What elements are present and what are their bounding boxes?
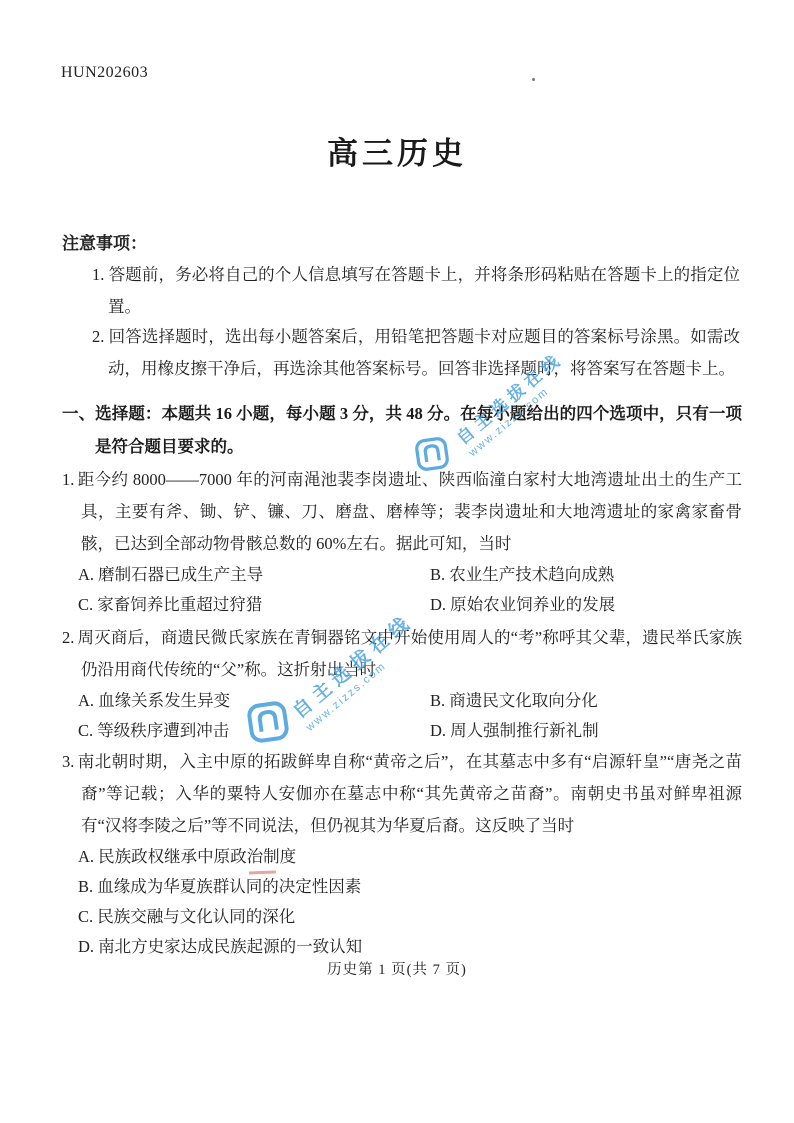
exam-page: HUN202603 高三历史 注意事项： 1. 答题前，务必将自己的个人信息填写…: [0, 0, 794, 1123]
notice-item-2: 2. 回答选择题时，选出每小题答案后，用铅笔把答题卡对应题目的答案标号涂黑。如需…: [62, 321, 740, 385]
scan-dot-artifact: [532, 78, 535, 81]
question-2-option-c: C. 等级秩序遭到冲击: [78, 716, 430, 746]
question-3-stem: 南北朝时期，入主中原的拓跋鲜卑自称“黄帝之后”，在其墓志中多有“启源轩皇”“唐尧…: [77, 752, 742, 835]
page-footer: 历史第 1 页(共 7 页): [0, 958, 794, 979]
notices-heading: 注意事项：: [62, 229, 147, 254]
question-3-option-a: A. 民族政权继承中原政治制度: [78, 842, 742, 872]
notice-item-1: 1. 答题前，务必将自己的个人信息填写在答题卡上，并将条形码粘贴在答题卡上的指定…: [62, 259, 740, 323]
question-3: 3.南北朝时期，入主中原的拓跋鲜卑自称“黄帝之后”，在其墓志中多有“启源轩皇”“…: [62, 746, 742, 962]
question-1-option-b: B. 农业生产技术趋向成熟: [430, 560, 742, 590]
question-2-options: A. 血缘关系发生异变 B. 商遗民文化取向分化 C. 等级秩序遭到冲击 D. …: [78, 686, 742, 746]
question-1-option-c: C. 家畜饲养比重超过狩猎: [78, 590, 430, 620]
question-3-option-c: C. 民族交融与文化认同的深化: [78, 902, 742, 932]
question-2-option-d: D. 周人强制推行新礼制: [430, 716, 742, 746]
page-title: 高三历史: [0, 128, 794, 173]
question-3-options: A. 民族政权继承中原政治制度 B. 血缘成为华夏族群认同的决定性因素 C. 民…: [78, 842, 742, 962]
question-3-option-b: B. 血缘成为华夏族群认同的决定性因素: [78, 872, 742, 902]
question-2-option-a: A. 血缘关系发生异变: [78, 686, 430, 716]
question-1-option-a: A. 磨制石器已成生产主导: [78, 560, 430, 590]
question-1-stem: 距今约 8000——7000 年的河南渑池裴李岗遗址、陕西临潼白家村大地湾遗址出…: [77, 470, 742, 553]
section-one-heading: 一、选择题：本题共 16 小题，每小题 3 分，共 48 分。在每小题给出的四个…: [62, 397, 742, 463]
question-2: 2.周灭商后，商遗民微氏家族在青铜器铭文中开始使用周人的“考”称呼其父辈，遗民举…: [62, 622, 742, 746]
question-3-number: 3.: [62, 752, 74, 771]
paper-code: HUN202603: [61, 64, 148, 82]
question-1: 1.距今约 8000——7000 年的河南渑池裴李岗遗址、陕西临潼白家村大地湾遗…: [62, 464, 742, 620]
question-1-option-d: D. 原始农业饲养业的发展: [430, 590, 742, 620]
question-2-stem: 周灭商后，商遗民微氏家族在青铜器铭文中开始使用周人的“考”称呼其父辈，遗民举氏家…: [77, 628, 742, 679]
question-1-options: A. 磨制石器已成生产主导 B. 农业生产技术趋向成熟 C. 家畜饲养比重超过狩…: [78, 560, 742, 620]
question-1-number: 1.: [62, 470, 74, 489]
question-2-option-b: B. 商遗民文化取向分化: [430, 686, 742, 716]
question-2-number: 2.: [62, 628, 74, 647]
